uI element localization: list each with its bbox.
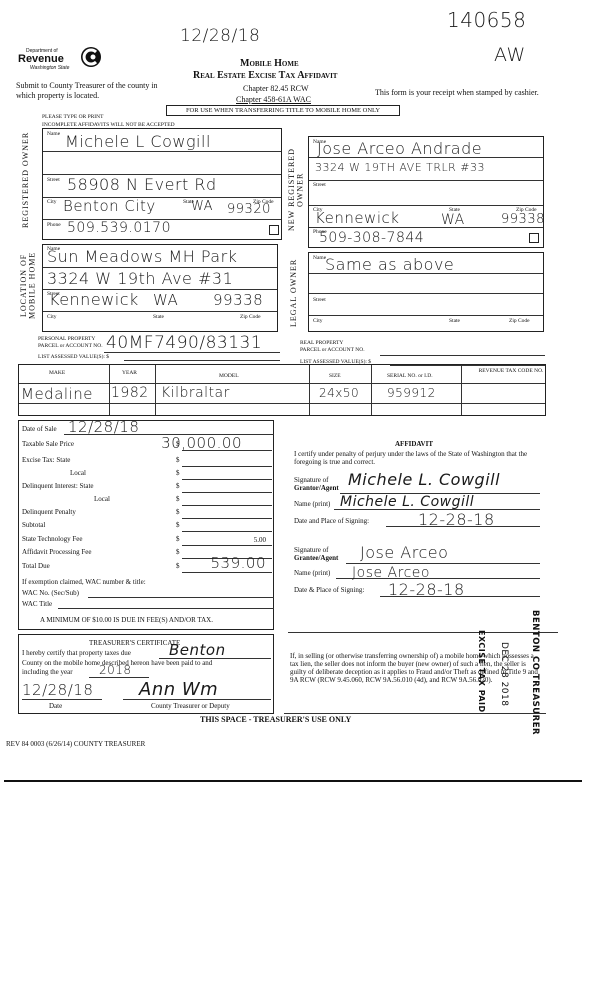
- date-of-sale-value[interactable]: 12/28/18: [68, 418, 139, 436]
- grantee-date-label: Date & Place of Signing:: [294, 586, 364, 594]
- cell-size[interactable]: 24x50: [319, 386, 359, 400]
- fee-label: Total Due: [22, 562, 50, 570]
- dollar-sign: $: [176, 521, 180, 529]
- registered-owner-state[interactable]: WA: [191, 199, 213, 214]
- handwritten-initials: AW: [494, 44, 526, 66]
- dollar-sign: $: [176, 535, 180, 543]
- registered-owner-box: Name Michele L Cowgill Street 58908 N Ev…: [42, 128, 282, 240]
- city-label: City: [47, 314, 56, 320]
- fee-row-technology-fee: State Technology Fee$ 5.00: [22, 535, 272, 547]
- date-of-sale-label: Date of Sale: [22, 425, 57, 433]
- wac-title-label: WAC Title: [22, 600, 52, 608]
- legal-owner-name[interactable]: Same as above: [325, 255, 454, 274]
- chapter-wac: Chapter 458-61A WAC: [236, 95, 311, 104]
- personal-parcel-value[interactable]: 40MF7490/83131: [106, 333, 262, 353]
- logo-line2: Revenue: [18, 53, 64, 65]
- fee-row-delinquent-penalty: Delinquent Penalty$: [22, 508, 272, 520]
- treasurer-use-only: THIS SPACE - TREASURER'S USE ONLY: [200, 715, 351, 724]
- new-owner-address[interactable]: 3324 W 19TH AVE TRLR #33: [315, 161, 485, 174]
- fee-label: Delinquent Penalty: [22, 508, 76, 516]
- new-registered-owner-box: Name Jose Arceo Andrade 3324 W 19TH AVE …: [308, 136, 544, 248]
- title-line1: Mobile Home: [240, 58, 299, 69]
- new-owner-state[interactable]: WA: [441, 212, 465, 228]
- col-model: MODEL: [219, 373, 239, 379]
- new-registered-owner-label: NEW REGISTERED OWNER: [288, 140, 305, 240]
- col-year: YEAR: [122, 370, 137, 376]
- affidavit-title: AFFIDAVIT: [395, 440, 433, 448]
- state-label: State: [153, 314, 164, 320]
- fee-row-taxable-sale-price: Taxable Sale Price$ 30,000.00: [22, 440, 272, 452]
- minimum-note: A MINIMUM OF $10.00 IS DUE IN FEE(S) AND…: [40, 616, 213, 624]
- chapter-rcw: Chapter 82.45 RCW: [243, 84, 309, 93]
- col-serial: SERIAL NO. or I.D.: [387, 373, 433, 379]
- dollar-sign: $: [176, 508, 180, 516]
- use-banner: FOR USE WHEN TRANSFERRING TITLE TO MOBIL…: [166, 105, 400, 116]
- registered-owner-checkbox[interactable]: [269, 225, 279, 235]
- dollar-sign: $: [176, 469, 180, 477]
- col-revenue-code: REVENUE TAX CODE NO.: [471, 368, 551, 374]
- fee-value[interactable]: 30,000.00: [161, 434, 242, 452]
- new-owner-zip[interactable]: 99338: [501, 212, 545, 227]
- dollar-sign: $: [176, 548, 180, 556]
- certificate-signer-label: County Treasurer or Deputy: [151, 702, 230, 710]
- registered-owner-phone[interactable]: 509.539.0170: [67, 220, 171, 236]
- legal-owner-box: Name Same as above Street City State Zip…: [308, 252, 544, 332]
- logo-line3: Washington State: [30, 65, 69, 71]
- registered-owner-street[interactable]: 58908 N Evert Rd: [67, 175, 217, 194]
- phone-label: Phone: [47, 222, 61, 228]
- certificate-year[interactable]: 2018: [99, 663, 132, 677]
- excise-paid-stamp: EXCISE TAX PAID: [477, 630, 486, 713]
- grantor-date-label: Date and Place of Signing:: [294, 517, 369, 525]
- street-label: Street: [313, 182, 326, 188]
- new-owner-city[interactable]: Kennewick: [315, 209, 399, 227]
- receipt-note: This form is your receipt when stamped b…: [375, 88, 545, 97]
- dor-swirl-icon: [80, 46, 102, 68]
- dollar-sign: $: [176, 456, 180, 464]
- zip-label: Zip Code: [509, 318, 530, 324]
- fee-label: Taxable Sale Price: [22, 440, 74, 448]
- dor-logo: Department of Revenue Washington State: [16, 48, 96, 74]
- grantee-sig-label2: Grantee/Agent: [294, 554, 338, 562]
- treasurer-certificate-box: TREASURER'S CERTIFICATE I hereby certify…: [18, 634, 274, 714]
- location-state[interactable]: WA: [153, 291, 178, 309]
- fee-label: Local: [70, 469, 86, 477]
- cell-model[interactable]: Kilbraltar: [161, 385, 230, 401]
- fee-label: Affidavit Processing Fee: [22, 548, 91, 556]
- dollar-sign: $: [176, 495, 180, 503]
- certificate-line3: including the year: [22, 668, 73, 676]
- real-property-label: REAL PROPERTY: [300, 340, 343, 346]
- personal-property-label: PERSONAL PROPERTY: [38, 336, 95, 342]
- fee-row-interest-state: Delinquent Interest: State$: [22, 482, 272, 494]
- fee-row-excise-state: Excise Tax: State$: [22, 456, 272, 468]
- benton-treasurer-stamp: BENTON CO TREASURER: [530, 610, 540, 735]
- certificate-date-label: Date: [49, 702, 62, 710]
- real-parcel-label: PARCEL or ACCOUNT NO.: [300, 347, 365, 353]
- registered-owner-city[interactable]: Benton City: [63, 197, 156, 215]
- fee-label: Delinquent Interest: State: [22, 482, 94, 490]
- fee-value: 5.00: [254, 536, 266, 544]
- location-box: Name Sun Meadows MH Park 3324 W 19th Ave…: [42, 244, 278, 332]
- mobile-home-table: MAKE YEAR MODEL SIZE SERIAL NO. or I.D. …: [18, 364, 546, 416]
- registered-owner-name[interactable]: Michele L Cowgill: [65, 132, 211, 151]
- location-name[interactable]: Sun Meadows MH Park: [47, 247, 237, 266]
- location-zip[interactable]: 99338: [213, 291, 263, 309]
- affidavit-statement: I certify under penalty of perjury under…: [294, 450, 529, 466]
- exemption-label: If exemption claimed, WAC number & title…: [22, 578, 146, 586]
- cell-year[interactable]: 1982: [111, 385, 149, 401]
- registered-owner-label: REGISTERED OWNER: [22, 130, 30, 230]
- cell-serial[interactable]: 959912: [387, 386, 436, 400]
- fee-label: Subtotal: [22, 521, 45, 529]
- certificate-county[interactable]: Benton: [169, 641, 226, 659]
- grantor-name[interactable]: Michele L. Cowgill: [340, 494, 474, 510]
- grantor-date[interactable]: 12-28-18: [418, 510, 495, 529]
- fee-row-interest-local: Local$: [22, 495, 272, 507]
- col-size: SIZE: [329, 373, 341, 379]
- street-label: Street: [47, 177, 60, 183]
- location-city[interactable]: Kennewick: [49, 290, 139, 309]
- dollar-sign: $: [176, 482, 180, 490]
- date-stamp: DEC 28 2018: [499, 642, 509, 706]
- fee-label: Excise Tax: State: [22, 456, 70, 464]
- treasurer-signature[interactable]: Ann Wm: [139, 679, 218, 700]
- new-owner-phone[interactable]: 509-308-7844: [319, 230, 424, 246]
- location-address[interactable]: 3324 W 19th Ave #31: [47, 269, 233, 288]
- city-label: City: [47, 199, 56, 205]
- grantee-name-label: Name (print): [294, 569, 330, 577]
- grantor-signature[interactable]: Michele L. Cowgill: [348, 470, 500, 489]
- cell-make[interactable]: Medaline: [21, 385, 93, 403]
- new-owner-name[interactable]: Jose Arceo Andrade: [317, 139, 482, 158]
- location-label: LOCATION OF MOBILE HOME: [20, 246, 37, 324]
- col-make: MAKE: [49, 370, 65, 376]
- legal-owner-label: LEGAL OWNER: [290, 258, 298, 328]
- fee-label: State Technology Fee: [22, 535, 82, 543]
- street-label: Street: [313, 297, 326, 303]
- state-label: State: [449, 318, 460, 324]
- form-id: REV 84 0003 (6/26/14) COUNTY TREASURER: [6, 740, 145, 748]
- grantee-signature[interactable]: Jose Arceo: [360, 543, 448, 562]
- grantee-date[interactable]: 12-28-18: [388, 580, 465, 599]
- handwritten-number: 140658: [447, 8, 526, 32]
- personal-parcel-label: PARCEL or ACCOUNT NO.: [38, 343, 103, 349]
- certificate-title: TREASURER'S CERTIFICATE: [89, 639, 180, 647]
- title-line2: Real Estate Excise Tax Affidavit: [193, 70, 337, 81]
- grantor-sig-label1: Signature of: [294, 476, 328, 484]
- fee-label: Local: [94, 495, 110, 503]
- assessed-value-label: LIST ASSESSED VALUE(S): $: [38, 354, 109, 360]
- fee-row-total-due: Total Due$ 539.00: [22, 562, 272, 574]
- zip-label: Zip Code: [240, 314, 261, 320]
- handwritten-date: 12/28/18: [180, 26, 260, 46]
- grantee-name[interactable]: Jose Arceo: [352, 565, 430, 581]
- dollar-sign: $: [176, 562, 180, 570]
- wac-no-label: WAC No. (Sec/Sub): [22, 589, 79, 597]
- instructions-type: PLEASE TYPE OR PRINT: [42, 114, 103, 120]
- grantee-sig-label1: Signature of: [294, 546, 328, 554]
- grantor-name-label: Name (print): [294, 500, 330, 508]
- registered-owner-zip[interactable]: 99320: [227, 202, 271, 217]
- city-label: City: [313, 318, 322, 324]
- new-owner-checkbox[interactable]: [529, 233, 539, 243]
- name-label: Name: [47, 131, 60, 137]
- certificate-date[interactable]: 12/28/18: [22, 681, 93, 699]
- fee-row-subtotal: Subtotal$: [22, 521, 272, 533]
- grantor-sig-label2: Grantor/Agent: [294, 484, 339, 492]
- fee-row-excise-local: Local$: [22, 469, 272, 481]
- submit-note: Submit to County Treasurer of the county…: [16, 81, 176, 100]
- total-due-value[interactable]: 539.00: [211, 554, 267, 572]
- certificate-line1: I hereby certify that property taxes due: [22, 649, 131, 657]
